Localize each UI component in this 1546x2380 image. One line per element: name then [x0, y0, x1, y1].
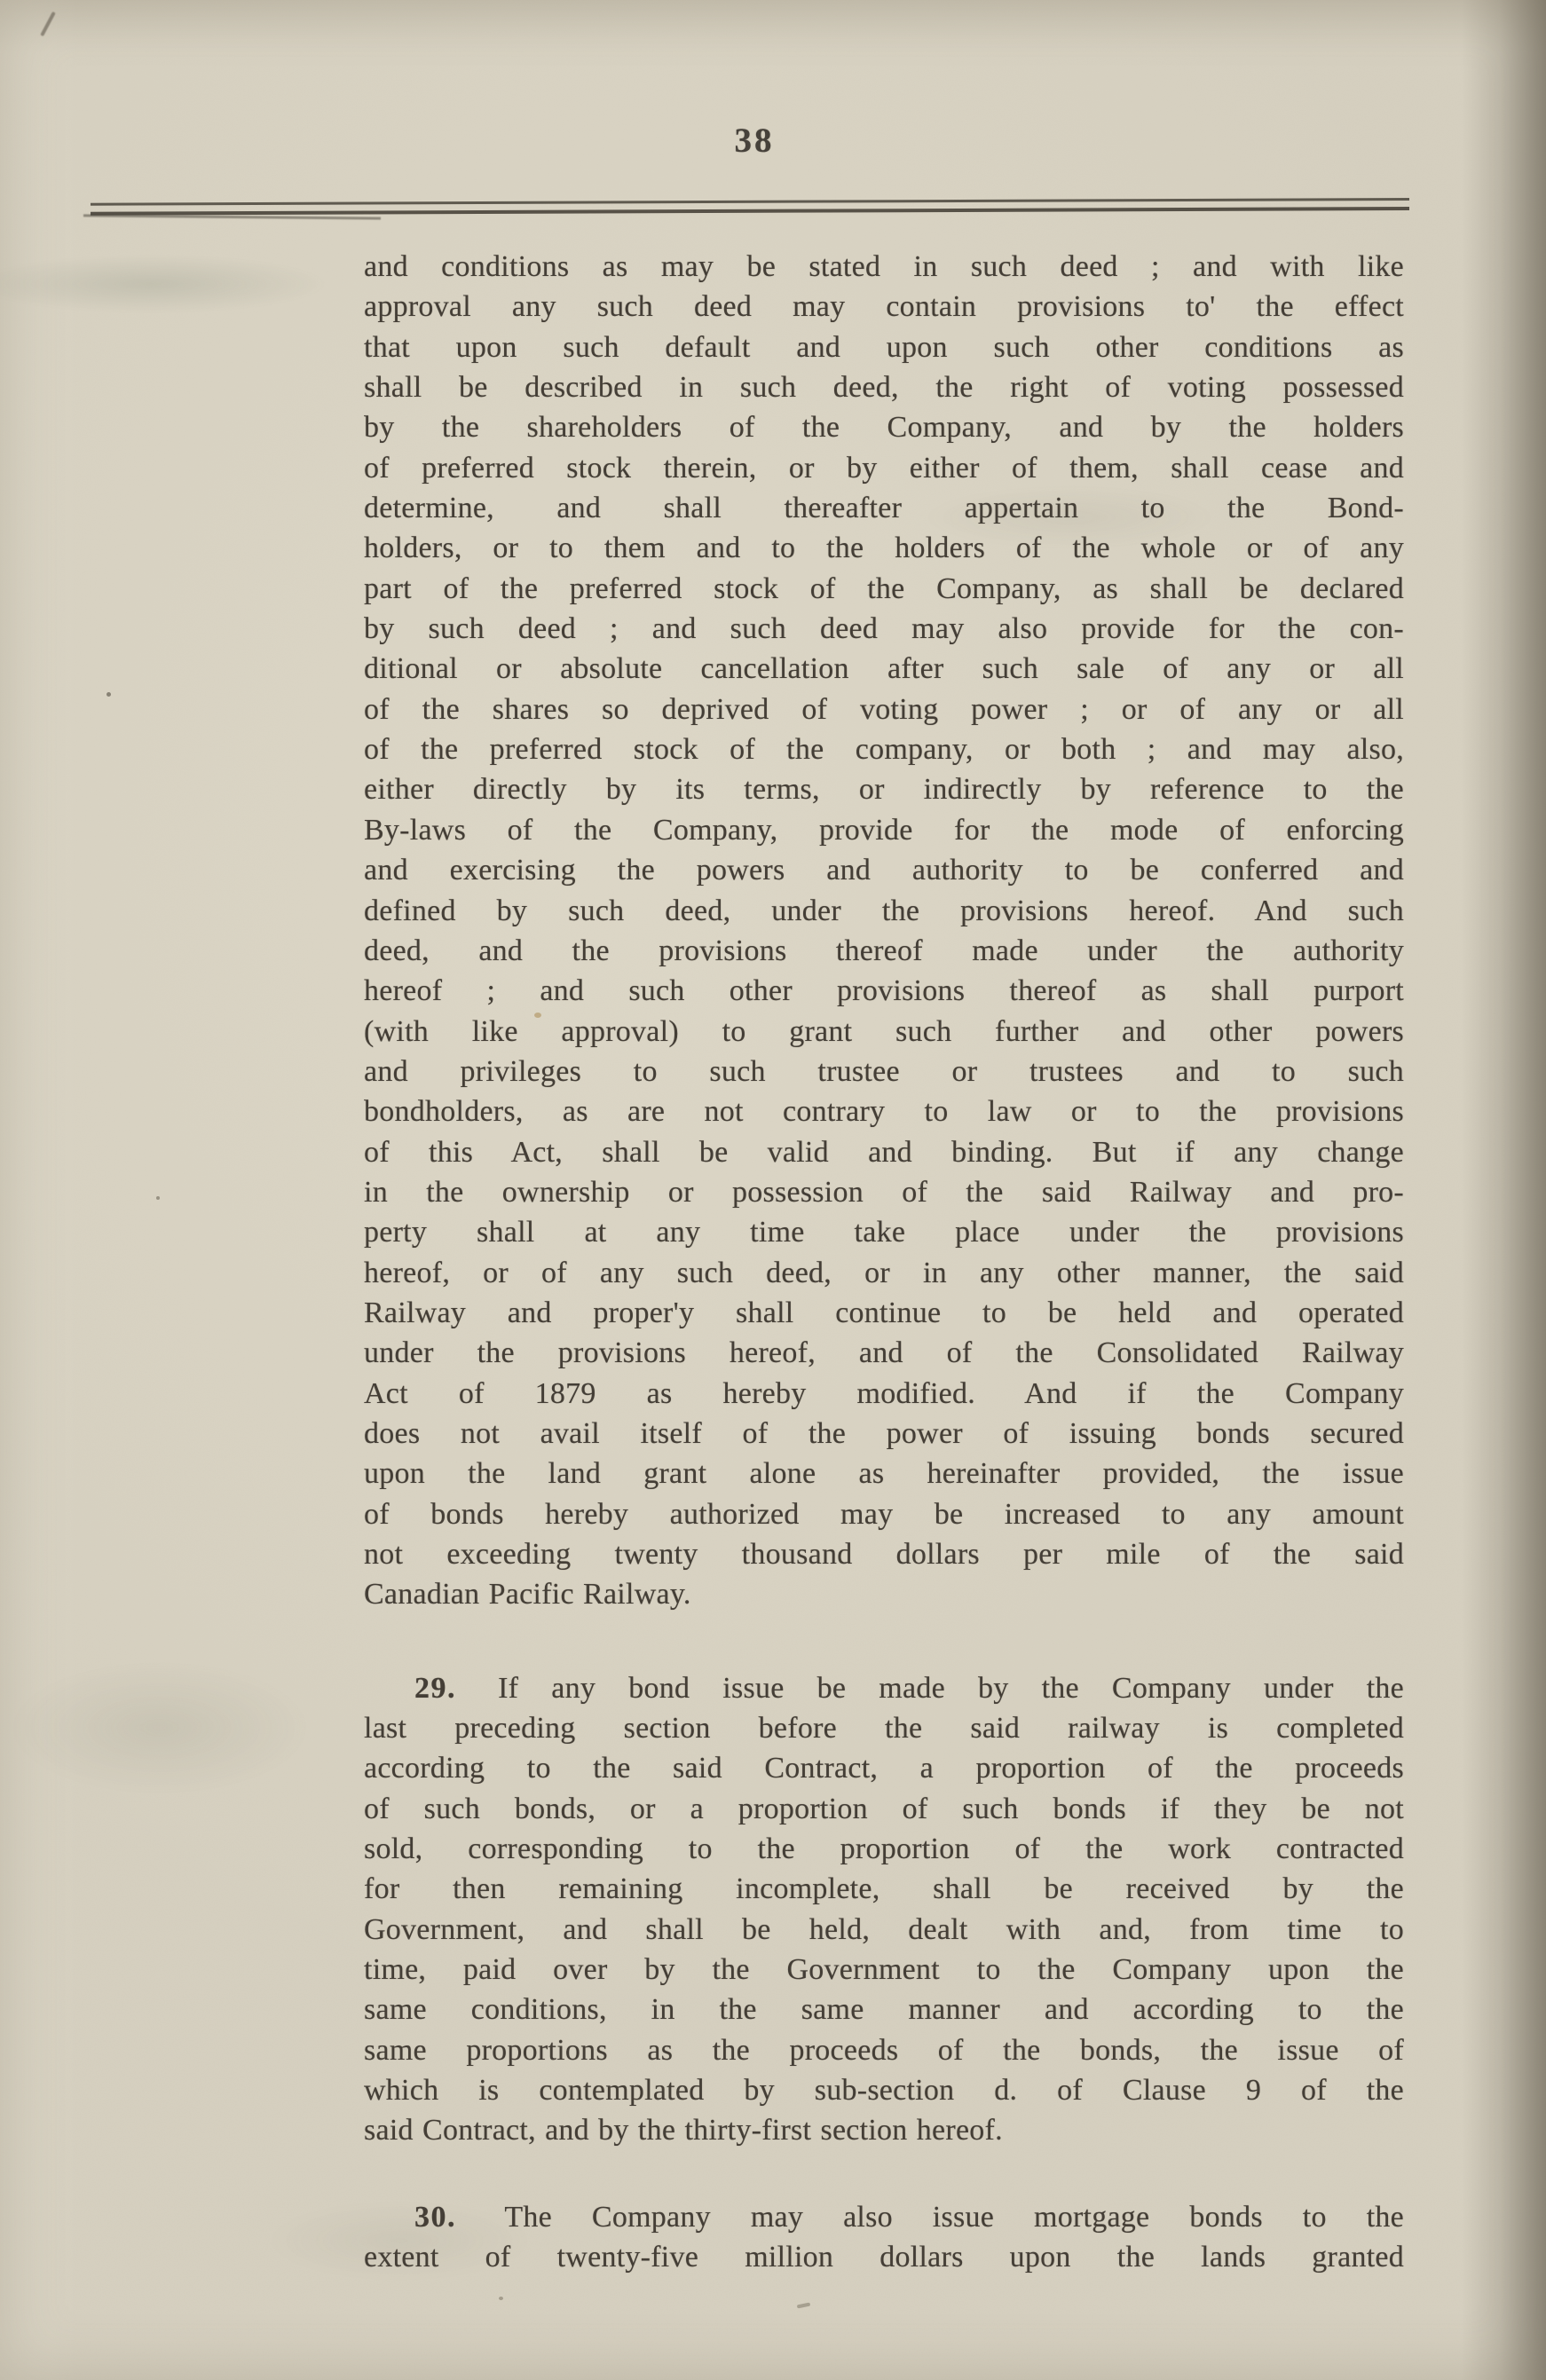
text-line: not exceeding twenty thousand dollars pe…: [364, 1534, 1404, 1574]
text-line: approval any such deed may contain provi…: [364, 287, 1404, 327]
text-line: defined by such deed, under the provisio…: [364, 891, 1404, 931]
text-line: ditional or absolute cancellation after …: [364, 649, 1404, 689]
section-number: 29.: [414, 1672, 456, 1705]
pen-mark: [40, 12, 56, 36]
page-number: 38: [706, 121, 802, 161]
text-line: by the shareholders of the Company, and …: [364, 407, 1404, 447]
text-line: By-laws of the Company, provide for the …: [364, 810, 1404, 850]
text-line: and conditions as may be stated in such …: [364, 247, 1404, 287]
section-number: 30.: [414, 2201, 456, 2234]
text-line: and privileges to such trustee or truste…: [364, 1052, 1404, 1091]
page-gutter-shadow: [1462, 0, 1546, 2380]
text-line: of preferred stock therein, or by either…: [364, 448, 1404, 488]
text-line: part of the preferred stock of the Compa…: [364, 569, 1404, 609]
continuation-paragraph: and conditions as may be stated in such …: [364, 247, 1404, 1615]
text-line: Railway and proper'y shall continue to b…: [364, 1293, 1404, 1333]
scanned-book-page: 38 and conditions as may be stated in su…: [0, 0, 1546, 2380]
section-30-paragraph: 30. The Company may also issue mortgage …: [364, 2197, 1404, 2278]
text-line: and exercising the powers and authority …: [364, 850, 1404, 890]
text-line: extent of twenty-five million dollars up…: [364, 2237, 1404, 2277]
text-line: in the ownership or possession of the sa…: [364, 1172, 1404, 1212]
text-line: Government, and shall be held, dealt wit…: [364, 1910, 1404, 1950]
text-line: of the preferred stock of the company, o…: [364, 729, 1404, 769]
text-line: same proportions as the proceeds of the …: [364, 2030, 1404, 2070]
text-line-content: If any bond issue be made by the Company…: [498, 1672, 1404, 1705]
text-line: of the shares so deprived of voting powe…: [364, 690, 1404, 729]
text-line: of this Act, shall be valid and binding.…: [364, 1132, 1404, 1172]
text-line: hereof ; and such other provisions there…: [364, 971, 1404, 1011]
text-line: 29. If any bond issue be made by the Com…: [364, 1668, 1404, 1708]
header-rule-bottom: [91, 207, 1409, 215]
ink-speck: [156, 1196, 160, 1200]
text-line: 30. The Company may also issue mortgage …: [364, 2197, 1404, 2237]
text-line: bondholders, as are not contrary to law …: [364, 1091, 1404, 1131]
ink-speck: [499, 2297, 503, 2300]
text-line: same conditions, in the same manner and …: [364, 1990, 1404, 2029]
text-line: Canadian Pacific Railway.: [364, 1574, 1404, 1614]
ink-showthrough-smudge: [0, 256, 328, 312]
text-line: hereof, or of any such deed, or in any o…: [364, 1253, 1404, 1293]
ink-speck: [106, 692, 111, 697]
text-line: for then remaining incomplete, shall be …: [364, 1869, 1404, 1909]
text-line: does not avail itself of the power of is…: [364, 1414, 1404, 1454]
text-line: shall be described in such deed, the rig…: [364, 367, 1404, 407]
text-line: said Contract, and by the thirty-first s…: [364, 2110, 1404, 2150]
text-line: sold, corresponding to the proportion of…: [364, 1829, 1404, 1869]
text-line: by such deed ; and such deed may also pr…: [364, 609, 1404, 649]
ink-speck: [797, 2302, 811, 2308]
section-29-paragraph: 29. If any bond issue be made by the Com…: [364, 1668, 1404, 2151]
text-line: determine, and shall thereafter appertai…: [364, 488, 1404, 528]
text-line: Act of 1879 as hereby modified. And if t…: [364, 1374, 1404, 1414]
text-line: which is contemplated by sub-section d. …: [364, 2070, 1404, 2110]
text-line: of bonds hereby authorized may be increa…: [364, 1494, 1404, 1534]
text-line: either directly by its terms, or indirec…: [364, 769, 1404, 809]
text-line: last preceding section before the said r…: [364, 1708, 1404, 1748]
text-line-content: The Company may also issue mortgage bond…: [504, 2201, 1404, 2234]
text-line: under the provisions hereof, and of the …: [364, 1333, 1404, 1373]
text-line: that upon such default and upon such oth…: [364, 327, 1404, 367]
text-line: of such bonds, or a proportion of such b…: [364, 1789, 1404, 1829]
header-rule-top: [91, 198, 1409, 205]
text-line: (with like approval) to grant such furth…: [364, 1012, 1404, 1052]
text-line: upon the land grant alone as hereinafter…: [364, 1454, 1404, 1493]
text-line: deed, and the provisions thereof made un…: [364, 931, 1404, 971]
text-line: according to the said Contract, a propor…: [364, 1748, 1404, 1788]
text-line: perty shall at any time take place under…: [364, 1212, 1404, 1252]
ink-showthrough-smudge: [9, 1661, 311, 1794]
body-text-block: and conditions as may be stated in such …: [364, 247, 1404, 2278]
text-line: time, paid over by the Government to the…: [364, 1950, 1404, 1990]
header-rule-smudge: [83, 214, 381, 219]
text-line: holders, or to them and to the holders o…: [364, 528, 1404, 568]
